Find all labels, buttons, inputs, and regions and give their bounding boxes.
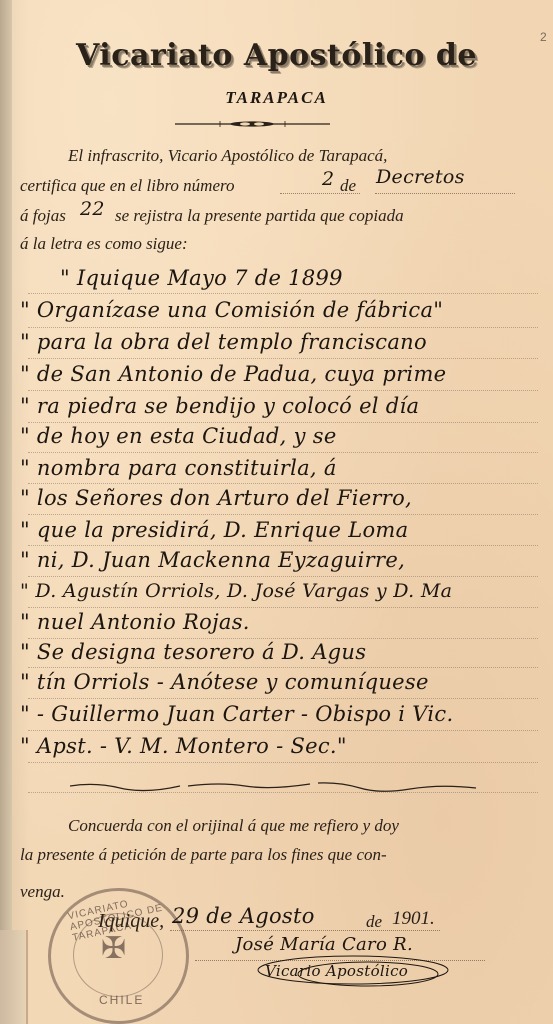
closing-place: Iquique, <box>98 910 164 933</box>
closing-line-2: la presente á petición de parte para los… <box>20 845 387 865</box>
ornament-divider-icon <box>175 121 330 127</box>
closing-wave-strokes <box>70 780 480 796</box>
official-seal: VICARIATO APOSTOLICO DE TARAPACA ✠ CHILE <box>48 888 189 1024</box>
entry-line: " nombra para constituirla, á <box>20 456 337 480</box>
entry-line: " D. Agustín Orriols, D. José Vargas y D… <box>20 580 452 602</box>
fleur-cross-icon: ✠ <box>101 931 126 966</box>
entry-line: " - Guillermo Juan Carter - Obispo i Vic… <box>20 702 453 726</box>
seal-bottom-text: CHILE <box>99 993 144 1007</box>
document-page: 2 Vicariato Apostólico de TARAPACA El in… <box>0 0 553 1024</box>
preamble-line-4: á la letra es como sigue: <box>20 234 188 254</box>
entry-line: " ni, D. Juan Mackenna Eyzaguirre, <box>20 548 405 572</box>
entry-line: " Organízase una Comisión de fábrica" <box>20 298 443 322</box>
ruled-line <box>28 762 538 763</box>
ruled-line <box>28 607 538 608</box>
preamble-line-1: El infrascrito, Vicario Apostólico de Ta… <box>68 146 387 166</box>
header-title: Vicariato Apostólico de <box>0 38 553 73</box>
closing-date: 29 de Agosto <box>172 904 315 928</box>
ruled-line <box>28 638 538 639</box>
torn-paper-edge <box>0 930 28 1024</box>
closing-line-1: Concuerda con el orijinal á que me refie… <box>68 816 399 836</box>
entry-line: " Iquique Mayo 7 de 1899 <box>60 266 343 290</box>
entry-line: " Se designa tesorero á D. Agus <box>20 640 366 664</box>
entry-line: " los Señores don Arturo del Fierro, <box>20 486 412 510</box>
ruled-line <box>28 390 538 391</box>
fill-line <box>170 930 440 931</box>
ruled-line <box>28 545 538 546</box>
ruled-line <box>28 730 538 731</box>
ruled-line <box>28 422 538 423</box>
fill-line <box>375 193 515 194</box>
ruled-line <box>28 698 538 699</box>
book-type: Decretos <box>376 166 465 188</box>
entry-line: " de San Antonio de Padua, cuya prime <box>20 362 446 386</box>
entry-line: " ra piedra se bendijo y colocó el día <box>20 394 419 418</box>
entry-line: " que la presidirá, D. Enrique Loma <box>20 518 408 542</box>
ruled-line <box>28 514 538 515</box>
preamble-line-3-prefix: á fojas <box>20 206 66 226</box>
preamble-line-2-de: de <box>340 176 356 196</box>
entry-line: " Apst. - V. M. Montero - Sec." <box>20 734 347 758</box>
ruled-line <box>28 358 538 359</box>
ruled-line <box>28 667 538 668</box>
closing-date-de: de <box>366 912 382 932</box>
entry-line: " nuel Antonio Rojas. <box>20 610 250 634</box>
ruled-line <box>28 576 538 577</box>
ruled-line <box>28 483 538 484</box>
entry-line: " de hoy en esta Ciudad, y se <box>20 424 337 448</box>
book-number: 2 <box>322 168 334 190</box>
preamble-line-3-suffix: se rejistra la presente partida que copi… <box>115 206 404 226</box>
header-subtitle: TARAPACA <box>0 88 553 108</box>
preamble-line-2-prefix: certifica que en el libro número <box>20 176 235 196</box>
ruled-line <box>28 452 538 453</box>
closing-line-3: venga. <box>20 882 65 902</box>
entry-line: " para la obra del templo franciscano <box>20 330 427 354</box>
ruled-line <box>28 293 538 294</box>
closing-year: 1901. <box>392 908 435 930</box>
folio-number: 22 <box>80 198 105 220</box>
page-binding-edge <box>0 0 12 1024</box>
entry-line: " tín Orriols - Anótese y comuníquese <box>20 670 429 694</box>
signature-flourish-icon <box>238 950 468 990</box>
ruled-line <box>28 327 538 328</box>
